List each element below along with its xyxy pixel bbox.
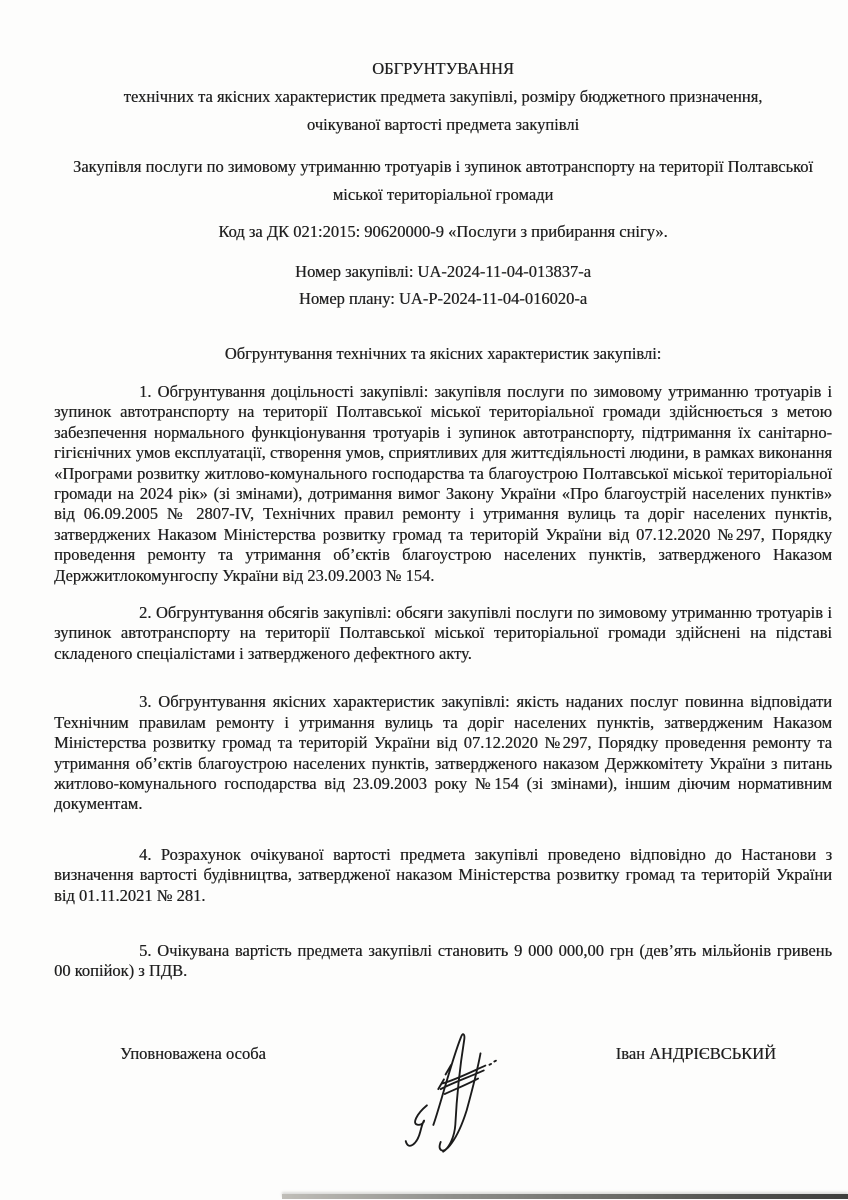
scanned-document-page: ОБГРУНТУВАННЯ технічних та якісних харак… xyxy=(0,0,848,1200)
document-content: ОБГРУНТУВАННЯ технічних та якісних харак… xyxy=(0,0,848,1064)
document-title-line3: очікуваної вартості предмета закупівлі xyxy=(54,111,832,139)
procurement-numbers-block: Номер закупівлі: UA-2024-11-04-013837-a … xyxy=(54,258,832,312)
signature-block: Уповноважена особа Іван АНДРІЄВСЬКИЙ xyxy=(54,1044,832,1064)
signatory-name: Іван АНДРІЄВСЬКИЙ xyxy=(616,1044,776,1064)
classification-code: Код за ДК 021:2015: 90620000-9 «Послуги … xyxy=(54,218,832,246)
document-title-block: ОБГРУНТУВАННЯ технічних та якісних харак… xyxy=(54,55,832,139)
procurement-number: Номер закупівлі: UA-2024-11-04-013837-a xyxy=(54,258,832,285)
paragraph-1-feasibility: 1. Обгрунтування доцільності закупівлі: … xyxy=(54,382,832,586)
paragraph-3-quality: 3. Обгрунтування якісних характеристик з… xyxy=(54,692,832,814)
plan-number: Номер плану: UA-P-2024-11-04-016020-a xyxy=(54,285,832,312)
document-title: ОБГРУНТУВАННЯ xyxy=(54,55,832,83)
section-heading: Обгрунтування технічних та якісних харак… xyxy=(54,340,832,368)
paragraph-4-cost-calculation: 4. Розрахунок очікуваної вартості предме… xyxy=(54,845,832,906)
paragraph-2-scope: 2. Обгрунтування обсягів закупівлі: обся… xyxy=(54,603,832,664)
signatory-role-label: Уповноважена особа xyxy=(120,1044,266,1064)
procurement-subject: Закупівля послуги по зимовому утриманню … xyxy=(54,153,832,209)
document-title-line2: технічних та якісних характеристик предм… xyxy=(54,83,832,111)
scan-edge-bar xyxy=(282,1194,848,1199)
paragraph-5-expected-value: 5. Очікувана вартість предмета закупівлі… xyxy=(54,941,832,982)
